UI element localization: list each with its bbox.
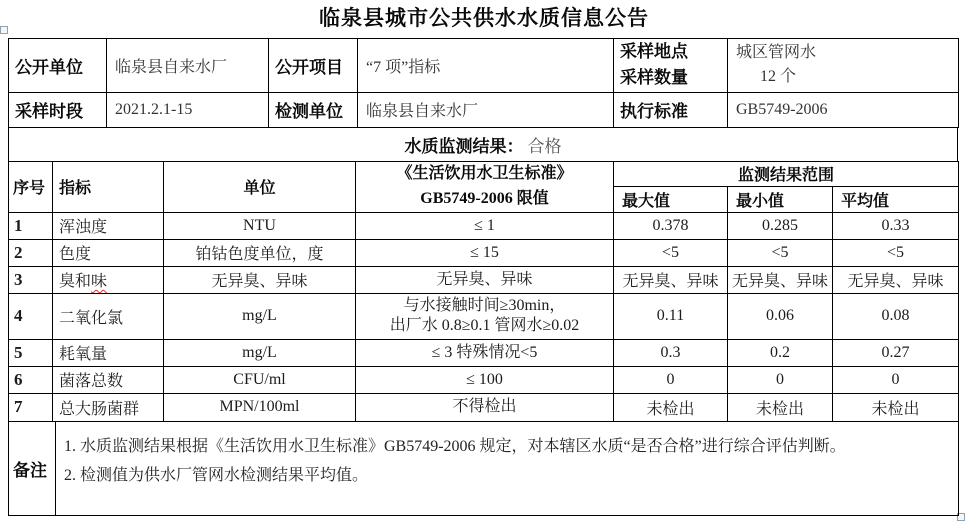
row-limit-cell: 无异臭、异味 bbox=[356, 266, 614, 293]
row-avg-cell: <5 bbox=[833, 239, 959, 266]
table-row: 3臭和味无异臭、异味无异臭、异味无异臭、异味无异臭、异味无异臭、异味 bbox=[9, 266, 959, 293]
col-header-max: 最大值 bbox=[614, 186, 728, 212]
row-limit-cell: ≤ 100 bbox=[356, 366, 614, 393]
standard-label: 执行标准 bbox=[614, 92, 728, 127]
row-indicator-cell: 耗氧量 bbox=[53, 339, 164, 366]
row-unit-cell: mg/L bbox=[164, 293, 356, 339]
remarks-section: 备注 1. 水质监测结果根据《生活饮用水卫生标准》GB5749-2006 规定，… bbox=[8, 421, 959, 516]
row-avg-cell: 0 bbox=[833, 366, 959, 393]
remarks-text: 1. 水质监测结果根据《生活饮用水卫生标准》GB5749-2006 规定，对本辖… bbox=[56, 421, 959, 515]
row-limit-cell: ≤ 3 特殊情况<5 bbox=[356, 339, 614, 366]
row-avg-cell: 0.27 bbox=[833, 339, 959, 366]
row-limit-cell: 不得检出 bbox=[356, 393, 614, 421]
row-max-cell: 未检出 bbox=[614, 393, 728, 421]
table-row: 6菌落总数CFU/ml≤ 100000 bbox=[9, 366, 959, 393]
info-section: 公开单位 临泉县自来水厂 公开项目 “7 项”指标 采样地点 采样数量 城区管网… bbox=[8, 38, 959, 128]
row-max-cell: 无异臭、异味 bbox=[614, 266, 728, 293]
sample-count-value: 12 个 bbox=[736, 65, 958, 90]
publish-unit-value: 临泉县自来水厂 bbox=[107, 39, 269, 93]
standard-value: GB5749-2006 bbox=[728, 92, 959, 127]
row-indicator-cell: 色度 bbox=[53, 239, 164, 266]
row-limit-cell: ≤ 15 bbox=[356, 239, 614, 266]
sample-site-label: 采样地点 bbox=[620, 39, 727, 65]
row-min-cell: 未检出 bbox=[728, 393, 833, 421]
row-min-cell: <5 bbox=[728, 239, 833, 266]
col-header-avg: 平均值 bbox=[833, 186, 959, 212]
col-header-limit: 《生活饮用水卫生标准》 GB5749-2006 限值 bbox=[356, 161, 614, 212]
row-no-cell: 7 bbox=[9, 393, 53, 421]
row-max-cell: 0 bbox=[614, 366, 728, 393]
col-header-indicator: 指标 bbox=[53, 161, 164, 212]
row-unit-cell: NTU bbox=[164, 212, 356, 239]
row-avg-cell: 无异臭、异味 bbox=[833, 266, 959, 293]
row-avg-cell: 0.33 bbox=[833, 212, 959, 239]
col-header-limit-line1: 《生活饮用水卫生标准》 bbox=[356, 162, 613, 187]
table-row: 7总大肠菌群MPN/100ml不得检出未检出未检出未检出 bbox=[9, 393, 959, 421]
document-page: 临泉县城市公共供水水质信息公告 公开单位 临泉县自来水厂 公开项目 “7 项”指… bbox=[0, 0, 968, 522]
row-avg-cell: 0.08 bbox=[833, 293, 959, 339]
remarks-line1: 1. 水质监测结果根据《生活饮用水卫生标准》GB5749-2006 规定，对本辖… bbox=[64, 432, 950, 462]
row-indicator-cell: 总大肠菌群 bbox=[53, 393, 164, 421]
indicator-misspelled-text: 味 bbox=[91, 273, 107, 290]
result-banner: 水质监测结果：合格 bbox=[9, 127, 958, 161]
sample-site-count-label: 采样地点 采样数量 bbox=[614, 39, 728, 93]
col-header-range-group: 监测结果范围 bbox=[614, 161, 959, 186]
row-no-cell: 6 bbox=[9, 366, 53, 393]
row-no-cell: 5 bbox=[9, 339, 53, 366]
sample-site-value: 城区管网水 bbox=[736, 41, 958, 66]
table-row: 5耗氧量mg/L≤ 3 特殊情况<50.30.20.27 bbox=[9, 339, 959, 366]
row-indicator-cell: 浑浊度 bbox=[53, 212, 164, 239]
col-header-unit: 单位 bbox=[164, 161, 356, 212]
row-min-cell: 0.285 bbox=[728, 212, 833, 239]
row-no-cell: 2 bbox=[9, 239, 53, 266]
row-limit-cell: 与水接触时间≥30min， 出厂水 0.8≥0.1 管网水≥0.02 bbox=[356, 293, 614, 339]
row-indicator-cell: 二氧化氯 bbox=[53, 293, 164, 339]
col-header-limit-line2: GB5749-2006 限值 bbox=[356, 187, 613, 212]
indicator-text: 臭和 bbox=[59, 273, 91, 290]
row-max-cell: <5 bbox=[614, 239, 728, 266]
sample-count-label: 采样数量 bbox=[620, 65, 727, 91]
sample-period-label: 采样时段 bbox=[9, 92, 107, 127]
row-unit-cell: MPN/100ml bbox=[164, 393, 356, 421]
row-avg-cell: 未检出 bbox=[833, 393, 959, 421]
result-banner-label: 水质监测结果： bbox=[405, 137, 524, 156]
page-title: 临泉县城市公共供水水质信息公告 bbox=[0, 2, 968, 32]
col-header-min: 最小值 bbox=[728, 186, 833, 212]
publish-item-value: “7 项”指标 bbox=[358, 39, 614, 93]
results-table: 序号 指标 单位 《生活饮用水卫生标准》 GB5749-2006 限值 监测结果… bbox=[8, 161, 959, 422]
row-indicator-cell: 菌落总数 bbox=[53, 366, 164, 393]
publish-item-label: 公开项目 bbox=[269, 39, 358, 93]
row-min-cell: 无异臭、异味 bbox=[728, 266, 833, 293]
test-unit-value: 临泉县自来水厂 bbox=[358, 92, 614, 127]
row-min-cell: 0.06 bbox=[728, 293, 833, 339]
notice-table: 公开单位 临泉县自来水厂 公开项目 “7 项”指标 采样地点 采样数量 城区管网… bbox=[8, 38, 958, 516]
row-max-cell: 0.3 bbox=[614, 339, 728, 366]
table-row: 4二氧化氯mg/L与水接触时间≥30min， 出厂水 0.8≥0.1 管网水≥0… bbox=[9, 293, 959, 339]
table-move-handle-icon[interactable] bbox=[0, 26, 8, 34]
publish-unit-label: 公开单位 bbox=[9, 39, 107, 93]
sample-period-value: 2021.2.1-15 bbox=[107, 92, 269, 127]
remarks-label: 备注 bbox=[9, 421, 56, 515]
row-max-cell: 0.11 bbox=[614, 293, 728, 339]
result-banner-value: 合格 bbox=[524, 137, 562, 156]
row-no-cell: 4 bbox=[9, 293, 53, 339]
row-unit-cell: 铂钴色度单位，度 bbox=[164, 239, 356, 266]
row-unit-cell: CFU/ml bbox=[164, 366, 356, 393]
remarks-line2: 2. 检测值为供水厂管网水检测结果平均值。 bbox=[64, 461, 950, 491]
row-min-cell: 0 bbox=[728, 366, 833, 393]
col-header-no: 序号 bbox=[9, 161, 53, 212]
row-min-cell: 0.2 bbox=[728, 339, 833, 366]
row-indicator-cell: 臭和味 bbox=[53, 266, 164, 293]
row-no-cell: 1 bbox=[9, 212, 53, 239]
result-banner-section: 水质监测结果：合格 bbox=[8, 127, 958, 162]
row-unit-cell: mg/L bbox=[164, 339, 356, 366]
row-max-cell: 0.378 bbox=[614, 212, 728, 239]
row-limit-cell: ≤ 1 bbox=[356, 212, 614, 239]
test-unit-label: 检测单位 bbox=[269, 92, 358, 127]
table-row: 1浑浊度NTU≤ 10.3780.2850.33 bbox=[9, 212, 959, 239]
sample-site-count-value: 城区管网水 12 个 bbox=[728, 39, 959, 93]
row-unit-cell: 无异臭、异味 bbox=[164, 266, 356, 293]
table-row: 2色度铂钴色度单位，度≤ 15<5<5<5 bbox=[9, 239, 959, 266]
row-no-cell: 3 bbox=[9, 266, 53, 293]
